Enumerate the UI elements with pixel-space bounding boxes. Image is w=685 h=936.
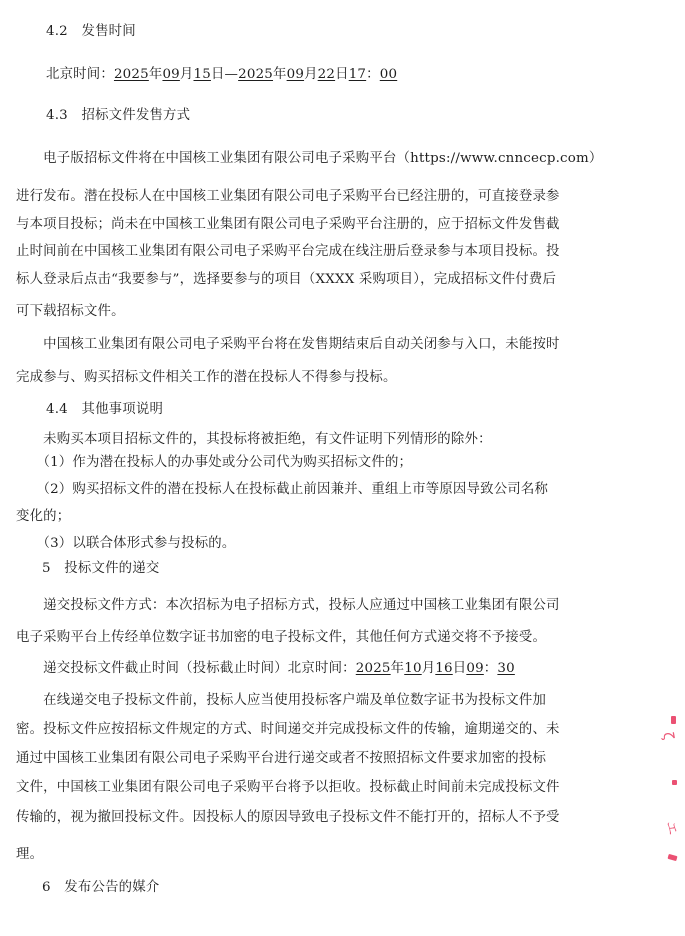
start-day: 15 — [193, 67, 210, 82]
end-month: 09 — [287, 67, 304, 82]
paragraph-line: 中国核工业集团有限公司电子采购平台将在发售期结束后自动关闭参与入口，未能按时 — [16, 333, 560, 352]
paragraph-line: 电子版招标文件将在中国核工业集团有限公司电子采购平台（https://www.c… — [16, 147, 603, 166]
deadline-year: 2025 — [356, 661, 391, 676]
list-item: （1）作为潜在投标人的办事处或分公司代为购买招标文件的； — [16, 451, 412, 470]
paragraph-line: 未购买本项目招标文件的，其投标将被拒绝，有文件证明下列情形的除外： — [16, 428, 492, 447]
deadline-day: 16 — [435, 661, 452, 676]
paragraph-line: 文件，中国核工业集团有限公司电子采购平台将予以拒收。投标截止时间前未完成投标文件 — [16, 776, 560, 795]
list-item: （2）购买招标文件的潜在投标人在投标截止前因兼并、重组上市等原因导致公司名称 — [16, 478, 548, 497]
paragraph-line: 密。投标文件应按招标文件规定的方式、时间递交并完成投标文件的传输，逾期递交的、未 — [16, 718, 560, 737]
paragraph-line: 传输的，视为撤回投标文件。因投标人的原因导致电子投标文件不能打开的，招标人不予受 — [16, 806, 560, 825]
deadline-minute: 30 — [497, 661, 514, 676]
list-item-continuation: 变化的； — [16, 505, 70, 524]
section-6-heading: 6 发布公告的媒介 — [42, 876, 159, 895]
end-hour: 17 — [349, 67, 366, 82]
list-item: （3）以联合体形式参与投标的。 — [16, 532, 235, 551]
deadline-line: 递交投标文件截止时间（投标截止时间）北京时间：2025年10月16日09：30 — [16, 657, 515, 676]
section-4-3-heading: 4.3 招标文件发售方式 — [46, 104, 190, 123]
end-day: 22 — [318, 67, 335, 82]
paragraph-line: 可下载招标文件。 — [16, 300, 125, 319]
paragraph-line: 理。 — [16, 843, 43, 862]
sale-time-line: 北京时间：2025年09月15日—2025年09月22日17：00 — [46, 63, 397, 82]
paragraph-line: 递交投标文件方式：本次招标为电子招标方式，投标人应通过中国核工业集团有限公司 — [16, 594, 560, 613]
section-5-heading: 5 投标文件的递交 — [42, 557, 159, 576]
paragraph-line: 止时间前在中国核工业集团有限公司电子采购平台完成在线注册后登录参与本项目投标。投 — [16, 240, 560, 259]
section-4-2-heading: 4.2 发售时间 — [46, 20, 136, 39]
end-year: 2025 — [238, 67, 273, 82]
paragraph-line: 完成参与、购买招标文件相关工作的潜在投标人不得参与投标。 — [16, 366, 397, 385]
start-year: 2025 — [114, 67, 149, 82]
start-month: 09 — [162, 67, 179, 82]
paragraph-line: 标人登录后点击“我要参与”，选择要参与的项目（XXXX 采购项目），完成招标文件… — [16, 268, 556, 287]
paragraph-line: 在线递交电子投标文件前，投标人应当使用投标客户端及单位数字证书为投标文件加 — [16, 689, 546, 708]
deadline-hour: 09 — [466, 661, 483, 676]
paragraph-line: 通过中国核工业集团有限公司电子采购平台进行递交或者不按照招标文件要求加密的投标 — [16, 747, 546, 766]
end-minute: 00 — [380, 67, 397, 82]
deadline-month: 10 — [404, 661, 421, 676]
section-4-4-heading: 4.4 其他事项说明 — [46, 398, 163, 417]
paragraph-line: 进行发布。潜在投标人在中国核工业集团有限公司电子采购平台已经注册的，可直接登录参 — [16, 185, 560, 204]
paragraph-line: 与本项目投标；尚未在中国核工业集团有限公司电子采购平台注册的，应于招标文件发售截 — [16, 213, 560, 232]
paragraph-line: 电子采购平台上传经单位数字证书加密的电子投标文件，其他任何方式递交将不予接受。 — [16, 626, 546, 645]
